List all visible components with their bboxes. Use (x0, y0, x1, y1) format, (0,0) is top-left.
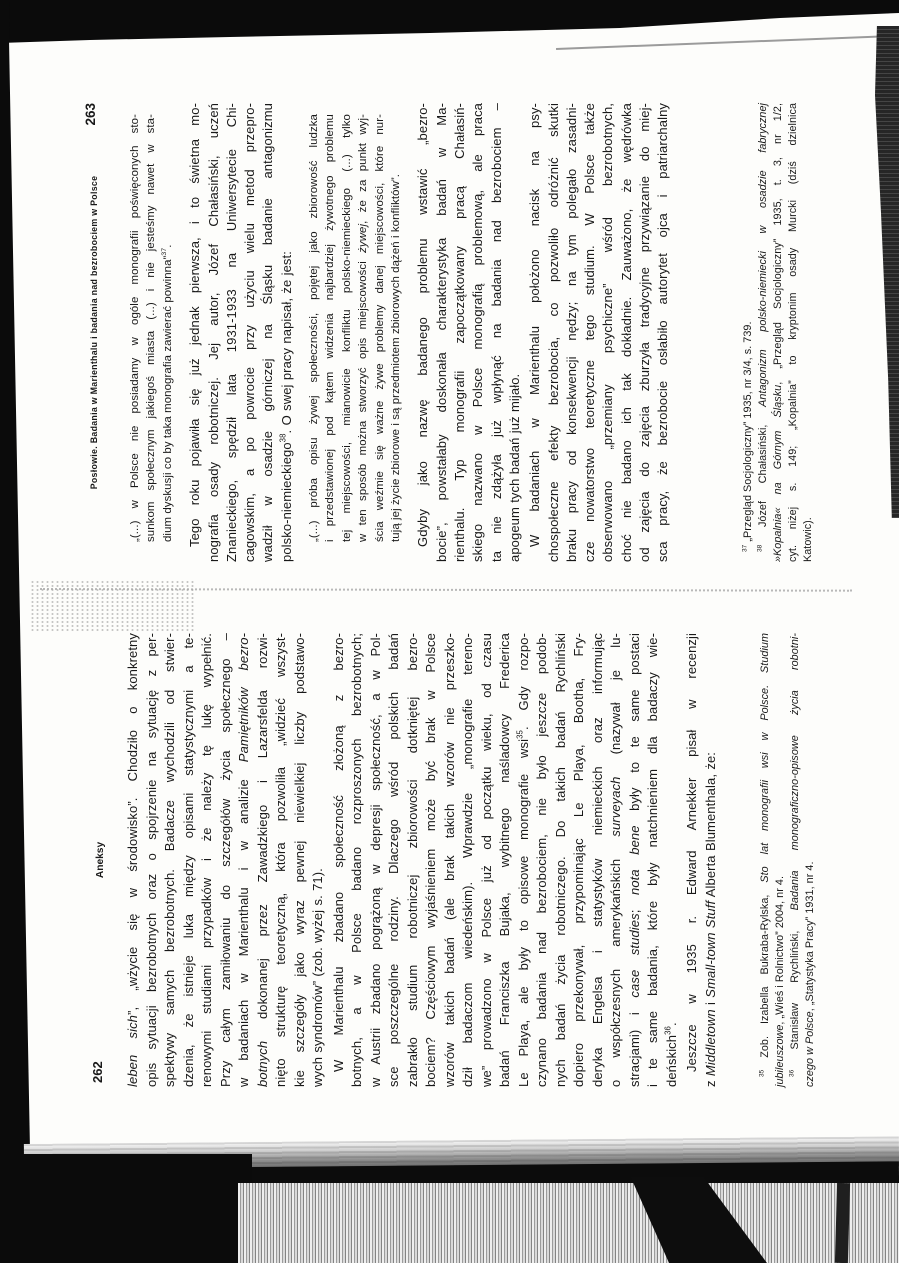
text-line: Le Playa, ale były to opisowe monografie… (515, 633, 534, 1087)
page-top-edge-line (556, 35, 894, 50)
text-line: deńskich36. (663, 633, 682, 1087)
text-line: ścia weźmie się ważne żywe problemy dane… (372, 114, 388, 542)
text-line: w Austrii zbadano pogrążoną w depresji s… (367, 633, 386, 1087)
text-line: obserwowano „przemiany psychiczne” wśród… (599, 103, 617, 562)
text-line: nografia osady robotniczej. Jej autor, J… (205, 103, 223, 562)
paragraph: Jeszcze w 1935 r. Edward Arnekker pisał … (683, 633, 720, 1087)
text-line: „(...) w Polsce nie posiadamy w ogóle mo… (127, 114, 143, 542)
footnote: 35 Zob. Izabella Bukraba-Rylska, Sto lat… (758, 633, 788, 1087)
text-line: deryka Engelsa i statystyków niemieckich… (589, 633, 608, 1087)
text-line: leben sich”, „wżycie się w środowisko”. … (124, 633, 143, 1087)
page-262-body: leben sich”, „wżycie się w środowisko”. … (124, 633, 720, 1087)
page-fan-stripes (238, 1183, 899, 1263)
text-line: Tego roku pojawiła się już jednak pierws… (186, 103, 204, 562)
text-line: skiego nazwano w Polsce monografią probl… (469, 103, 487, 562)
text-line: rienthalu. Typ monografii zapoczątkowany… (451, 103, 469, 562)
paragraph: W badaniach w Marienthalu położono nacis… (526, 103, 672, 562)
text-line: cyt. niżej s. 149; „Kopalnia” to krypton… (786, 103, 801, 562)
text-line: stracjami) i case studies; nota bene był… (626, 633, 645, 1087)
text-line: Jeszcze w 1935 r. Edward Arnekker pisał … (683, 633, 702, 1087)
text-line: polsko-niemieckiego38. O swej pracy napi… (278, 103, 296, 562)
text-line: bocie”, powstałaby doskonała charakterys… (433, 103, 451, 562)
text-line: tej miejscowości, mianowicie konfliktu p… (339, 114, 355, 542)
text-line: Znanieckiego, spędził lata 1931-1933 na … (223, 103, 241, 562)
text-line: botnych dokonanej przez Zawadzkiego i La… (254, 633, 273, 1087)
text-line: chospołeczne efekty bezrobocia, co pozwo… (545, 103, 563, 562)
running-head-262: 262 Aneksy (92, 633, 110, 1087)
text-line: Gdyby jako nazwę badanego problemu wstaw… (414, 103, 432, 562)
text-line: choć nie badano ich tak dokładnie. Zauwa… (618, 103, 636, 562)
text-line: spektywy samych bezrobotnych. Badacze wy… (161, 633, 180, 1087)
text-line: wzorów takich badań (ale brak takich wzo… (441, 633, 460, 1087)
text-line: czynano badania nad bezrobociem, nie był… (533, 633, 552, 1087)
text-line: 37 „Przegląd Socjologiczny” 1935, nr 3/4… (741, 103, 756, 562)
text-line: 36 Stanisław Rychliński, Badania monogra… (788, 633, 803, 1087)
text-line: »Kopalnia« na Górnym Śląsku, „Przegląd S… (771, 103, 786, 562)
text-line: nych badań życia robotniczego. Do takich… (552, 633, 571, 1087)
page-number-263: 263 (83, 103, 98, 126)
running-head-title: Aneksy (92, 633, 106, 1087)
text-line: cze nowatorstwo teoretyczne tego studium… (581, 103, 599, 562)
text-line: w badaniach w Marienthalu i w analizie P… (235, 633, 254, 1087)
text-line: w ten sposób można stworzyć opis miejsco… (355, 114, 371, 542)
running-head-title: Posłowie. Badania w Marienthalu i badani… (85, 103, 99, 562)
text-line: ta nie zdążyła już wpłynąć na badania na… (488, 103, 506, 562)
text-line: wadził w osadzie górniczej na Śląsku bad… (259, 103, 277, 562)
text-line: braku pracy od konsekwencji nędzy; na ty… (563, 103, 581, 562)
text-line: apogeum tych badań już mijało. (506, 103, 524, 562)
text-line: o współczesnych amerykańskich surveyach … (607, 633, 626, 1087)
running-head-263: Posłowie. Badania w Marienthalu i badani… (85, 103, 103, 562)
text-line: sca pracy, że bezrobocie osłabiło autory… (654, 103, 672, 562)
text-line: we” prowadzono w Polsce już od początku … (478, 633, 497, 1087)
text-line: Katowic). (801, 103, 816, 562)
text-line: bociem? Częściowym wyjaśnieniem może być… (422, 633, 441, 1087)
text-line: wych syndromów” (zob. wyżej s. 71). (309, 633, 328, 1087)
page-number-262: 262 (90, 1061, 105, 1083)
page-263-body: „(...) w Polsce nie posiadamy w ogóle mo… (117, 103, 673, 562)
block-quote: „(...) próba opisu żywej społeczności, p… (306, 114, 404, 542)
text-line: W Marienthalu zbadano społeczność złożon… (330, 633, 349, 1087)
text-line: W badaniach w Marienthalu położono nacis… (526, 103, 544, 562)
paragraph: Gdyby jako nazwę badanego problemu wstaw… (414, 103, 524, 562)
text-line: dopiero przekonywał, przypominając Le Pl… (570, 633, 589, 1087)
page-263: Posłowie. Badania w Marienthalu i badani… (85, 103, 818, 562)
text-line: z Middletown i Small-town Stuff Alberta … (702, 633, 721, 1087)
paragraph: Tego roku pojawiła się już jednak pierws… (186, 103, 296, 562)
block-quote: „(...) w Polsce nie posiadamy w ogóle mo… (127, 114, 176, 542)
text-line: 35 Zob. Izabella Bukraba-Rylska, Sto lat… (758, 633, 773, 1087)
footnote: 37 „Przegląd Socjologiczny” 1935, nr 3/4… (741, 103, 756, 562)
page-262: 262 Aneksy leben sich”, „wżycie się w śr… (92, 633, 820, 1087)
text-line: botnych, a w Polsce badano rozproszonych… (348, 633, 367, 1087)
text-line: sce poszczególne rodziny. Dlaczego wśród… (385, 633, 404, 1087)
scanner-corner-bottom-left (0, 1154, 252, 1263)
paragraph: W Marienthalu zbadano społeczność złożon… (330, 633, 682, 1087)
page-fan-dark-line (835, 1183, 850, 1263)
text-line: i te same badania, które były natchnieni… (644, 633, 663, 1087)
page-262-footnotes: 35 Zob. Izabella Bukraba-Rylska, Sto lat… (758, 633, 820, 1087)
footnote: 38 Józef Chałasiński, Antagonizm polsko-… (756, 103, 816, 562)
text-line: cagowskim, a po powrocie przy użyciu wie… (241, 103, 259, 562)
text-line: 38 Józef Chałasiński, Antagonizm polsko-… (756, 103, 771, 562)
text-line: dził badaczom wiedeńskim). Wprawdzie „mo… (459, 633, 478, 1087)
text-line: jubileuszowe, „Wieś i Rolnictwo” 2004, n… (773, 633, 788, 1087)
text-line: nięto strukturę teoretyczną, która pozwo… (272, 633, 291, 1087)
text-line: dium dyskusji co by taka monografia zawi… (160, 114, 176, 542)
book-scan: Posłowie. Badania w Marienthalu i badani… (0, 0, 899, 1263)
text-line: „(...) próba opisu żywej społeczności, p… (306, 114, 322, 542)
page-stack-edge-right (875, 26, 899, 518)
text-line: i przedstawionej pod kątem widzenia najb… (322, 114, 338, 542)
text-line: sunkom społecznym jakiegoś miasta (...) … (143, 114, 159, 542)
paragraph: leben sich”, „wżycie się w środowisko”. … (124, 633, 328, 1087)
text-line: Przy całym zamiłowaniu do szczegółów życ… (217, 633, 236, 1087)
text-line: tują jej życie zbiorowe i są przedmiotem… (388, 114, 404, 542)
text-line: kie szczegóły jako wyraz pewnej niewielk… (291, 633, 310, 1087)
text-line: renowymi studiami przypadków i że należy… (198, 633, 217, 1087)
text-line: opis sytuacji bezrobotnych oraz o spojrz… (143, 633, 162, 1087)
text-line: czego w Polsce, „Statystyka Pracy” 1931,… (803, 633, 818, 1087)
page-263-footnotes: 37 „Przegląd Socjologiczny” 1935, nr 3/4… (741, 103, 818, 562)
footnote: 36 Stanisław Rychliński, Badania monogra… (788, 633, 818, 1087)
text-line: badań Franciszka Bujaka, wybitnego naśla… (496, 633, 515, 1087)
text-line: zabrakło studium robotniczej zbiorowości… (404, 633, 423, 1087)
text-line: od zajęcia do zajęcia zburzyła tradycyjn… (636, 103, 654, 562)
text-line: dzenia, że istnieje luka między opisami … (180, 633, 199, 1087)
